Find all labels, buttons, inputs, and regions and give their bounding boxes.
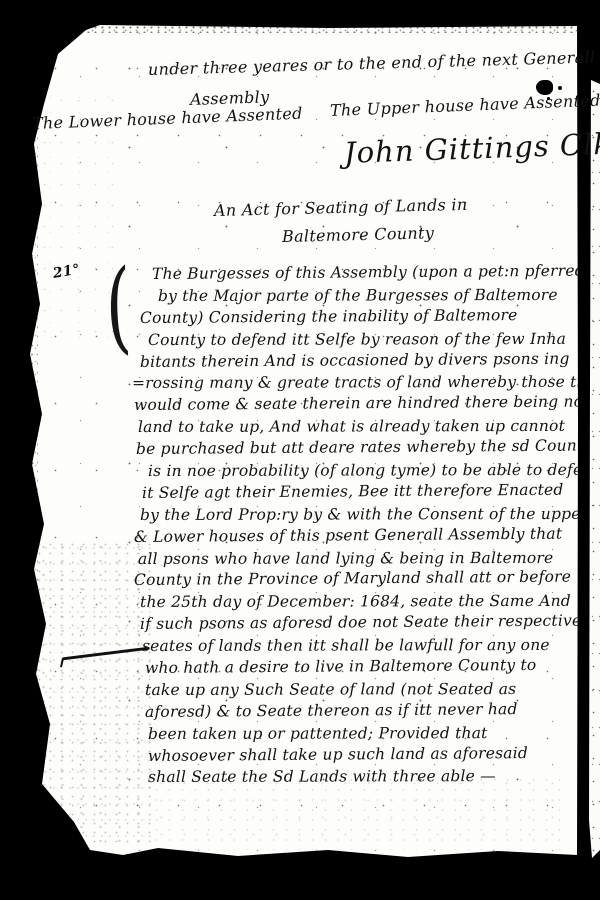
act-body-paragraph: The Burgesses of this Assembly (upon a p…	[132, 264, 578, 796]
ink-dot	[547, 97, 550, 100]
ink-dot	[558, 86, 562, 90]
body-line: & Lower houses of this psent Generall As…	[134, 523, 578, 548]
body-line: it Selfe agt their Enemies, Bee itt ther…	[142, 479, 578, 504]
flourish-paren-mark: (	[104, 256, 133, 358]
scanned-manuscript-page: { "colors": { "scan_background": "#00000…	[0, 0, 600, 900]
body-line: aforesd) & to Seate thereon as if itt ne…	[145, 698, 578, 723]
body-line: County) Considering the inability of Bal…	[140, 304, 578, 329]
body-line: shall Seate the Sd Lands with three able…	[148, 766, 578, 789]
body-line: would come & seate therein are hindred t…	[134, 392, 578, 417]
adjacent-page-edge	[589, 80, 600, 858]
body-line: The Burgesses of this Assembly (upon a p…	[152, 264, 578, 286]
body-line: be purchased but att deare rates whereby…	[136, 436, 578, 461]
body-line: if such psons as aforesd doe not Seate t…	[140, 611, 578, 636]
ink-blot	[536, 80, 553, 95]
body-line: whosoever shall take up such land as afo…	[148, 742, 578, 767]
body-line: who hath a desire to live in Baltemore C…	[145, 655, 578, 680]
page-title-line-2: Baltemore County	[282, 223, 434, 246]
body-line: bitants therein And is occasioned by div…	[140, 348, 578, 373]
body-line: County in the Province of Maryland shall…	[134, 567, 578, 592]
